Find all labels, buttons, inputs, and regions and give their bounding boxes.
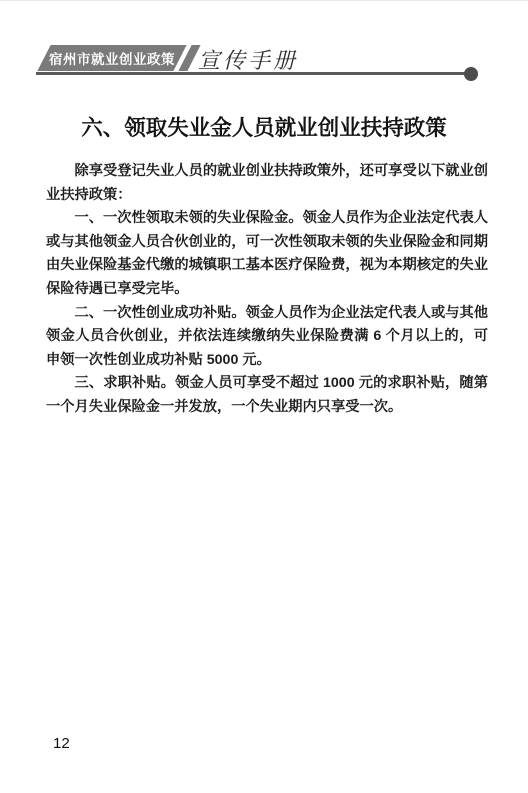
- body-paragraph: 二、一次性创业成功补贴。领金人员作为企业法定代表人或与其他领金人员合伙创业，并依…: [46, 302, 488, 373]
- brochure-subtitle: 宣传手册: [198, 44, 298, 75]
- header-rule-end-dot: [464, 67, 478, 81]
- header-badge: 宿州市就业创业政策: [44, 45, 194, 71]
- body-text: 除享受登记失业人员的就业创业扶持政策外，还可享受以下就业创业扶持政策： 一、一次…: [46, 160, 488, 420]
- body-paragraph: 一、一次性领取未领的失业保险金。领金人员作为企业法定代表人或与其他领金人员合伙创…: [46, 207, 488, 301]
- header-badge-parallelogram: 宿州市就业创业政策: [37, 45, 186, 71]
- header-rule: [36, 72, 468, 75]
- body-paragraph: 三、求职补贴。领金人员可享受不超过 1000 元的求职补贴，随第一个月失业保险金…: [46, 372, 488, 419]
- header-badge-label: 宿州市就业创业政策: [49, 48, 175, 68]
- top-edge-divider: [0, 0, 528, 1]
- body-paragraph: 除享受登记失业人员的就业创业扶持政策外，还可享受以下就业创业扶持政策：: [46, 160, 488, 207]
- page-number: 12: [53, 735, 70, 752]
- section-title: 六、领取失业金人员就业创业扶持政策: [0, 111, 528, 142]
- brochure-page: 宿州市就业创业政策 宣传手册 六、领取失业金人员就业创业扶持政策 除享受登记失业…: [0, 0, 528, 793]
